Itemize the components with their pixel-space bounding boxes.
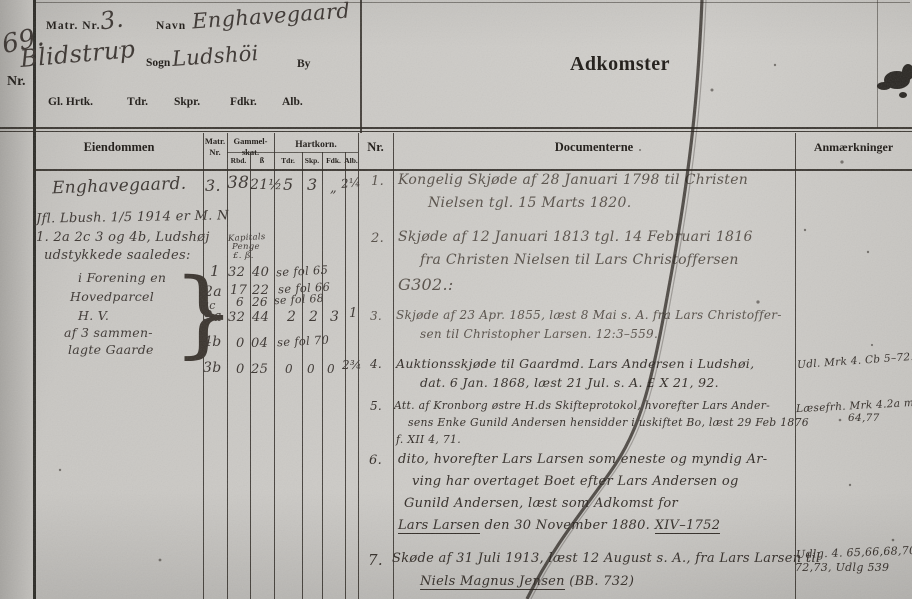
document-line: Skjøde af 23 Apr. 1855, læst 8 Mai s. A.…	[396, 308, 782, 322]
remark-line: Udlg. 4. 65,66,68,70	[796, 544, 912, 561]
header-box-right-rule	[360, 0, 362, 133]
col-header-gammelskat-1: Gammel-	[227, 136, 274, 146]
tdr-label: Tdr.	[127, 96, 148, 108]
brace-note-line: Hovedparcel	[70, 289, 154, 304]
hartkorn-note: se fol 70	[277, 333, 330, 350]
entry-nr: 2.	[371, 231, 384, 246]
grantee-name: Niels Magnus Jensen	[420, 574, 565, 590]
fdkr-label: Fdkr.	[230, 96, 257, 108]
property-name: Enghavegaard.	[52, 174, 187, 199]
document-line: G302.:	[398, 275, 454, 294]
skp-cell: 2	[309, 309, 318, 325]
col-divider-documenterne-anmaerkninger	[795, 133, 796, 599]
document-line: sens Enke Gunild Andersen hensidder i us…	[408, 416, 809, 429]
remark-line: 64,77	[848, 412, 880, 424]
fdk-cell: 3	[330, 309, 339, 325]
col-header-anmaerkninger: Anmærkninger	[795, 140, 912, 155]
matr-nr-value: 3.	[98, 5, 125, 36]
document-line: Skøde af 31 Juli 1913, læst 12 August s.…	[392, 551, 820, 566]
entry-nr: 5.	[370, 399, 382, 413]
rbd-cell: 38	[227, 173, 249, 193]
left-margin-rule	[33, 0, 36, 599]
fdk-cell: 0	[327, 362, 335, 376]
document-line: f. XII 4, 71.	[396, 433, 461, 446]
alb-cell: 2¾	[342, 358, 362, 372]
col-divider-skp-fdk	[322, 152, 323, 599]
col-header-hartkorn: Hartkorn.	[274, 140, 358, 150]
tdr-cell: 5	[283, 175, 293, 194]
adkomster-title: Adkomster	[520, 53, 720, 76]
col-header-matr-2: Nr.	[203, 147, 227, 157]
document-line: sen til Christopher Larsen. 12:3–559.	[420, 327, 658, 341]
document-line: Auktionsskjøde til Gaardmd. Lars Anderse…	[396, 356, 754, 371]
entry-nr: 3.	[370, 309, 382, 323]
property-note-line: Jfl. Lbush. 1/5 1914 er M. N	[36, 208, 229, 226]
skp-cell: 0	[307, 362, 315, 376]
tdr-cell: 2	[287, 309, 296, 325]
hartkorn-note: se fol 68	[274, 292, 325, 308]
skp-cell: 3	[307, 175, 317, 194]
brace-note-line: af 3 sammen-	[64, 325, 153, 340]
ss-cell: 26	[252, 295, 268, 309]
col-divider-fdk-alb	[345, 152, 346, 599]
entry-nr: 6.	[369, 453, 382, 468]
entry-nr: 7.	[368, 551, 383, 569]
remark-line: 72,73, Udlg 539	[795, 561, 889, 574]
final-line-text: den 30 November 1880.	[480, 518, 655, 533]
register-page: 69. Nr. Matr. Nr. 3. Navn Enghavegaard B…	[0, 0, 912, 599]
matr-cell: 4b	[203, 334, 221, 350]
document-line: Kongelig Skjøde af 28 Januari 1798 til C…	[398, 172, 748, 188]
document-line: Att. af Kronborg østre H.ds Skifteprotok…	[394, 399, 770, 412]
document-line: Gunild Andersen, læst som Adkomst for	[404, 496, 678, 511]
navn-label: Navn	[156, 20, 186, 32]
gammelskat-note-line: £. ß.	[233, 251, 254, 261]
col-header-documenterne: Documenterne	[393, 140, 795, 155]
document-line: Skjøde af 12 Januari 1813 tgl. 14 Februa…	[398, 229, 753, 245]
document-line: fra Christen Nielsen til Lars Christoffe…	[420, 252, 739, 268]
matr-cell: 3b	[203, 360, 221, 376]
matr-cell: 2a	[204, 284, 222, 300]
ink-blot	[877, 64, 912, 98]
brace-note-line: lagte Gaarde	[68, 342, 154, 357]
brace-note-line: i Forening en	[78, 270, 166, 285]
matr-cell: 3.	[205, 176, 221, 195]
document-line: Nielsen tgl. 15 Marts 1820.	[428, 195, 631, 211]
remark-line: Udl. Mrk 4. Cb 5–72.	[797, 351, 912, 371]
hartkorn-note: se fol 65	[276, 263, 329, 280]
sub-header-skp: Skp.	[302, 156, 322, 165]
ss-cell: 44	[252, 310, 269, 325]
property-note-line: 1. 2a 2c 3 og 4b, Ludshøj	[36, 230, 210, 245]
table-top-rule-outer	[0, 127, 912, 129]
col-header-eiendommen: Eiendommen	[35, 140, 203, 155]
folio-nr-label: Nr.	[7, 74, 26, 90]
by-value: Ludshöi	[171, 41, 259, 71]
fdk-cell: „	[330, 181, 337, 196]
col-divider-tdr-skp	[302, 152, 303, 599]
final-line-text: (BB. 732)	[565, 574, 634, 589]
matr-nr-label: Matr. Nr.	[46, 20, 100, 32]
by-label: By	[297, 58, 310, 70]
sub-header-fdk: Fdk.	[322, 156, 345, 165]
document-final-line: Niels Magnus Jensen (BB. 732)	[420, 574, 634, 589]
table-header-bottom-rule	[33, 169, 912, 171]
top-edge-rule	[33, 2, 910, 3]
document-line: dito, hvorefter Lars Larsen som eneste o…	[398, 452, 767, 467]
navn-value: Enghavegaard	[191, 0, 350, 33]
sogn-label: Sogn	[146, 57, 170, 69]
document-final-line: Lars Larsen den 30 November 1880. XIV–17…	[398, 518, 720, 533]
sub-header-rbd: Rbd.	[227, 156, 250, 165]
alb-cell: 2¼	[340, 175, 361, 191]
register-reference: XIV–1752	[655, 518, 721, 534]
matr-cell: 9a	[203, 307, 222, 325]
rbd-cell: 6	[236, 295, 244, 309]
ss-cell: 04	[251, 336, 268, 351]
entry-nr: 4.	[370, 357, 382, 371]
top-right-rule	[877, 0, 878, 128]
entry-nr: 1.	[371, 174, 384, 189]
sub-header-alb: Alb.	[343, 156, 359, 165]
ss-cell: 40	[252, 265, 269, 280]
rbd-cell: 32	[228, 265, 245, 280]
rbd-cell: 32	[228, 310, 245, 325]
col-divider-gammelskat-hartkorn	[274, 133, 275, 599]
grantee-name: Lars Larsen	[398, 518, 480, 534]
matr-cell: 1	[210, 262, 220, 280]
col-header-matr-1: Matr.	[203, 136, 227, 146]
tdr-cell: 0	[285, 362, 293, 376]
sub-header-tdr: Tdr.	[274, 156, 302, 165]
rbd-cell: 0	[236, 336, 245, 351]
col-header-nr: Nr.	[358, 140, 393, 155]
document-line: ving har overtaget Boet efter Lars Ander…	[412, 474, 739, 489]
alb-label: Alb.	[282, 96, 303, 108]
col-divider-nr-documenterne	[393, 133, 394, 599]
table-top-rule-inner	[0, 131, 912, 132]
ss-cell: 25	[251, 362, 268, 377]
brace-note-line: H. V.	[78, 308, 109, 323]
document-line: dat. 6 Jan. 1868, læst 21 Jul. s. A. £ X…	[420, 375, 719, 390]
skpr-label: Skpr.	[174, 96, 200, 108]
rbd-cell: 0	[236, 362, 245, 377]
alb-cell: 1	[349, 306, 358, 321]
gl-hrtk-label: Gl. Hrtk.	[48, 96, 93, 108]
ss-cell: 21½	[250, 177, 282, 193]
sub-header-ss: ß	[250, 156, 274, 165]
property-note-line: udstykkede saaledes:	[44, 248, 191, 263]
